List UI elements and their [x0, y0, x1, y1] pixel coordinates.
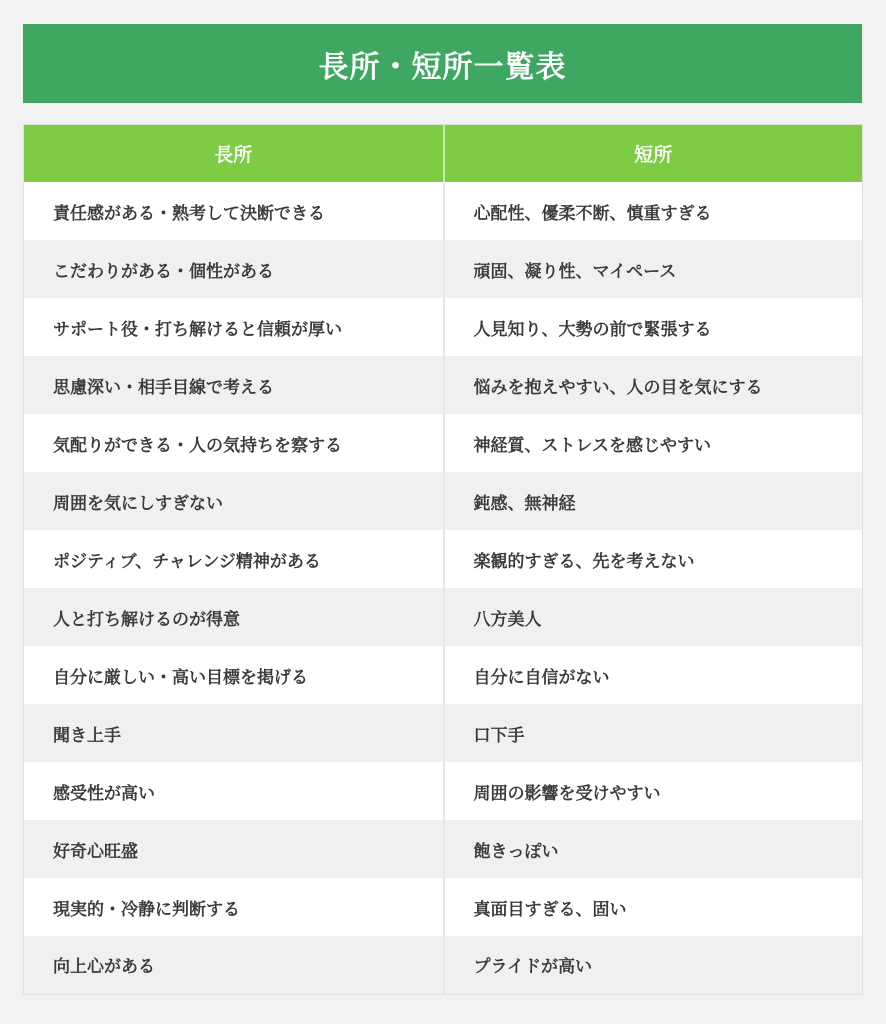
table-row: 好奇心旺盛 飽きっぽい: [24, 820, 863, 878]
weakness-cell: 頑固、凝り性、マイペース: [444, 240, 863, 298]
table-row: 周囲を気にしすぎない 鈍感、無神経: [24, 472, 863, 530]
weakness-cell: 八方美人: [444, 588, 863, 646]
table-row: 思慮深い・相手目線で考える 悩みを抱えやすい、人の目を気にする: [24, 356, 863, 414]
weakness-cell: 楽観的すぎる、先を考えない: [444, 530, 863, 588]
table-row: 責任感がある・熟考して決断できる 心配性、優柔不断、慎重すぎる: [24, 182, 863, 240]
header-strengths: 長所: [24, 125, 444, 183]
weakness-cell: 真面目すぎる、固い: [444, 878, 863, 936]
weakness-cell: 飽きっぽい: [444, 820, 863, 878]
weakness-cell: 周囲の影響を受けやすい: [444, 762, 863, 820]
strength-cell: こだわりがある・個性がある: [24, 240, 444, 298]
table-header-row: 長所 短所: [24, 125, 863, 183]
weakness-cell: 自分に自信がない: [444, 646, 863, 704]
strength-cell: 現実的・冷静に判断する: [24, 878, 444, 936]
strength-cell: 人と打ち解けるのが得意: [24, 588, 444, 646]
strength-cell: 感受性が高い: [24, 762, 444, 820]
table-row: 感受性が高い 周囲の影響を受けやすい: [24, 762, 863, 820]
weakness-cell: 悩みを抱えやすい、人の目を気にする: [444, 356, 863, 414]
table-row: 現実的・冷静に判断する 真面目すぎる、固い: [24, 878, 863, 936]
strength-cell: 思慮深い・相手目線で考える: [24, 356, 444, 414]
strength-cell: 責任感がある・熟考して決断できる: [24, 182, 444, 240]
strength-cell: 向上心がある: [24, 936, 444, 994]
table-row: 人と打ち解けるのが得意 八方美人: [24, 588, 863, 646]
strengths-weaknesses-table: 長所 短所 責任感がある・熟考して決断できる 心配性、優柔不断、慎重すぎる こだ…: [23, 124, 863, 995]
strength-cell: 好奇心旺盛: [24, 820, 444, 878]
strength-cell: サポート役・打ち解けると信頼が厚い: [24, 298, 444, 356]
strength-cell: 自分に厳しい・高い目標を掲げる: [24, 646, 444, 704]
strength-cell: 気配りができる・人の気持ちを察する: [24, 414, 444, 472]
table-row: 気配りができる・人の気持ちを察する 神経質、ストレスを感じやすい: [24, 414, 863, 472]
weakness-cell: 口下手: [444, 704, 863, 762]
header-weaknesses: 短所: [444, 125, 863, 183]
weakness-cell: 神経質、ストレスを感じやすい: [444, 414, 863, 472]
weakness-cell: プライドが高い: [444, 936, 863, 994]
table-row: 向上心がある プライドが高い: [24, 936, 863, 994]
weakness-cell: 心配性、優柔不断、慎重すぎる: [444, 182, 863, 240]
weakness-cell: 人見知り、大勢の前で緊張する: [444, 298, 863, 356]
strength-cell: 周囲を気にしすぎない: [24, 472, 444, 530]
strength-cell: ポジティブ、チャレンジ精神がある: [24, 530, 444, 588]
page-title: 長所・短所一覧表: [23, 24, 862, 103]
table-row: ポジティブ、チャレンジ精神がある 楽観的すぎる、先を考えない: [24, 530, 863, 588]
table-row: サポート役・打ち解けると信頼が厚い 人見知り、大勢の前で緊張する: [24, 298, 863, 356]
table-row: 自分に厳しい・高い目標を掲げる 自分に自信がない: [24, 646, 863, 704]
table-row: 聞き上手 口下手: [24, 704, 863, 762]
table-row: こだわりがある・個性がある 頑固、凝り性、マイペース: [24, 240, 863, 298]
weakness-cell: 鈍感、無神経: [444, 472, 863, 530]
strength-cell: 聞き上手: [24, 704, 444, 762]
